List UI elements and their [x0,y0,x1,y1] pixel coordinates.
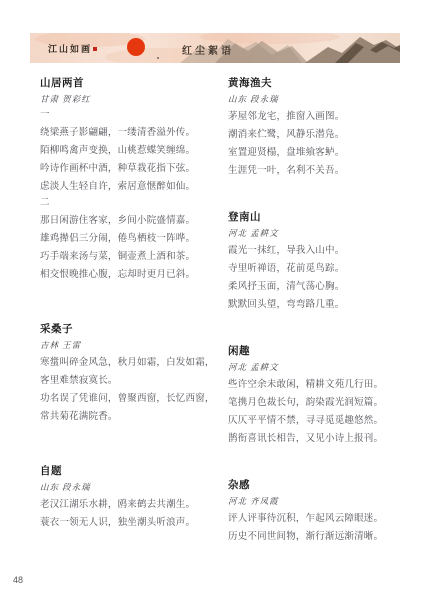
poem-line: 室置迎贤榻，盘堆飨客鲈。 [228,148,406,158]
poem-title: 山居两首 [40,78,212,89]
poem-block: 闲趣 河北 孟耕文 些许空余未敢闲，精耕文苑几行田。笔携月色裁长句，韵染霞光润短… [228,346,406,444]
poem-stanzas: 评人评事待沉积，乍起风云障眼迷。历史不同世间物，渐行渐远渐清晰。 [228,514,406,542]
left-column: 山居两首 甘肃 贺彩红 一绕梁燕子影翩翩，一缕清香溢外传。陌柳鸣禽声变换，山桃惹… [40,78,212,542]
poem-stanzas: 些许空余未敢闲，精耕文苑几行田。笔携月色裁长句，韵染霞光润短篇。仄仄平平情不禁，… [228,380,406,444]
poem-line: 笔携月色裁长句，韵染霞光润短篇。 [228,398,406,408]
poem-block: 杂感 河北 齐凤霞 评人评事待沉积，乍起风云障眼迷。历史不同世间物，渐行渐远渐清… [228,480,406,542]
right-column: 黄海渔夫 山东 段永瑞 茅屋邻龙宅，推窗入画图。潮消来伫鹭，风静乐潜凫。室置迎贤… [228,78,406,542]
poem-line: 仄仄平平情不禁，寻寻觅觅趣悠然。 [228,416,406,426]
poem-title: 杂感 [228,480,406,491]
poem-line: 历史不同世间物，渐行渐远渐清晰。 [228,532,406,542]
poem-line: 蓑衣一领无人识，独坐潮头听浪声。 [40,518,212,528]
poem-title: 自题 [40,466,212,477]
poem-block: 黄海渔夫 山东 段永瑞 茅屋邻龙宅，推窗入画图。潮消来伫鹭，风静乐潜凫。室置迎贤… [228,78,406,176]
poem-line: 客里难禁寂寞长。 [40,376,212,386]
poem-line: 老汉江湖乐水耕，鸥来鹤去共潮生。 [40,500,212,510]
poem-line: 茅屋邻龙宅，推窗入画图。 [228,112,406,122]
poem-title: 闲趣 [228,346,406,357]
poem-line: 吟诗作画杯中酒，种草栽花指下弦。 [40,164,212,174]
poem-line: 默默回头望，弯弯路几重。 [228,300,406,310]
poem-block: 采桑子 吉林 王雷 寒螀叫碎金风急，秋月如霜，白发如霜，客里难禁寂寞长。功名误了… [40,324,212,422]
magazine-page: 江山如画 红尘絮语 山居两首 甘肃 贺彩红 一绕梁燕子影翩翩，一缕清香溢外传。陌… [0,0,429,600]
poem-author: 山东 段永瑞 [228,95,406,104]
poem-author: 山东 段永瑞 [40,483,212,492]
page-number: 48 [13,575,23,585]
poem-block: 登南山 河北 孟耕文 霞光一抹红，导我入山中。寺里听禅语，花前觅鸟踪。柔风抒玉面… [228,212,406,310]
poem-stanzas: 茅屋邻龙宅，推窗入画图。潮消来伫鹭，风静乐潜凫。室置迎贤榻，盘堆飨客鲈。生涯凭一… [228,112,406,176]
poem-title: 黄海渔夫 [228,78,406,89]
poem-line: 鹊衔喜讯长相告，又见小诗上报刊。 [228,434,406,444]
poem-line: 巧手端来汤与菜，铜壶煮上酒和茶。 [40,252,212,262]
poem-stanzas: 老汉江湖乐水耕，鸥来鹤去共潮生。蓑衣一领无人识，独坐潮头听浪声。 [40,500,212,528]
poem-line: 功名误了凭谁问，曾聚西窗，长忆西窗， [40,394,212,404]
poem-line: 相交恨晚推心腹，忘却时更月已斜。 [40,270,212,280]
poem-line: 寒螀叫碎金风急，秋月如霜，白发如霜， [40,358,212,368]
poem-author: 河北 齐凤霞 [228,497,406,506]
poem-line: 霞光一抹红，导我入山中。 [228,246,406,256]
poem-line: 陌柳鸣禽声变换，山桃惹蝶笑缠绵。 [40,146,212,156]
poem-line: 那日闲游住客家，乡间小院盛情嘉。 [40,216,212,226]
banner-calligraphy: 江山如画 [48,42,97,55]
poem-line: 常共菊花满院香。 [40,412,212,422]
poem-line: 潮消来伫鹭，风静乐潜凫。 [228,130,406,140]
poem-block: 山居两首 甘肃 贺彩红 一绕梁燕子影翩翩，一缕清香溢外传。陌柳鸣禽声变换，山桃惹… [40,78,212,280]
poem-author: 吉林 王雷 [40,341,212,350]
poem-title: 采桑子 [40,324,212,335]
header-banner: 江山如画 红尘絮语 [30,33,400,63]
poem-line: 绕梁燕子影翩翩，一缕清香溢外传。 [40,128,212,138]
poem-line: 柔风抒玉面，清气荡心胸。 [228,282,406,292]
poem-author: 河北 孟耕文 [228,229,406,238]
poem-line: 些许空余未敢闲，精耕文苑几行田。 [228,380,406,390]
poem-line: 虑淡人生轻自许，索居意惬醉如仙。 [40,182,212,192]
seal-icon [93,47,97,51]
poem-stanzas: 一绕梁燕子影翩翩，一缕清香溢外传。陌柳鸣禽声变换，山桃惹蝶笑缠绵。吟诗作画杯中酒… [40,110,212,280]
bird-dot [157,57,159,59]
poem-line: 寺里听禅语，花前觅鸟踪。 [228,264,406,274]
poem-stanzas: 寒螀叫碎金风急，秋月如霜，白发如霜，客里难禁寂寞长。功名误了凭谁问，曾聚西窗，长… [40,358,212,422]
poem-author: 甘肃 贺彩红 [40,95,212,104]
poem-author: 河北 孟耕文 [228,363,406,372]
stanza-label: 二 [40,198,212,208]
banner-calligraphy-text: 江山如画 [48,44,92,54]
poem-stanzas: 霞光一抹红，导我入山中。寺里听禅语，花前觅鸟踪。柔风抒玉面，清气荡心胸。默默回头… [228,246,406,310]
poem-title: 登南山 [228,212,406,223]
poem-line: 评人评事待沉积，乍起风云障眼迷。 [228,514,406,524]
sun-icon [127,38,145,56]
stanza-label: 一 [40,110,212,120]
column-title: 红尘絮语 [182,42,234,57]
page-content: 山居两首 甘肃 贺彩红 一绕梁燕子影翩翩，一缕清香溢外传。陌柳鸣禽声变换，山桃惹… [40,78,406,542]
poem-line: 雄鸡撵侣三分闹，倦鸟栖枝一阵哗。 [40,234,212,244]
poem-block: 自题 山东 段永瑞 老汉江湖乐水耕，鸥来鹤去共潮生。蓑衣一领无人识，独坐潮头听浪… [40,466,212,528]
poem-line: 生涯凭一叶，名利不关吾。 [228,166,406,176]
